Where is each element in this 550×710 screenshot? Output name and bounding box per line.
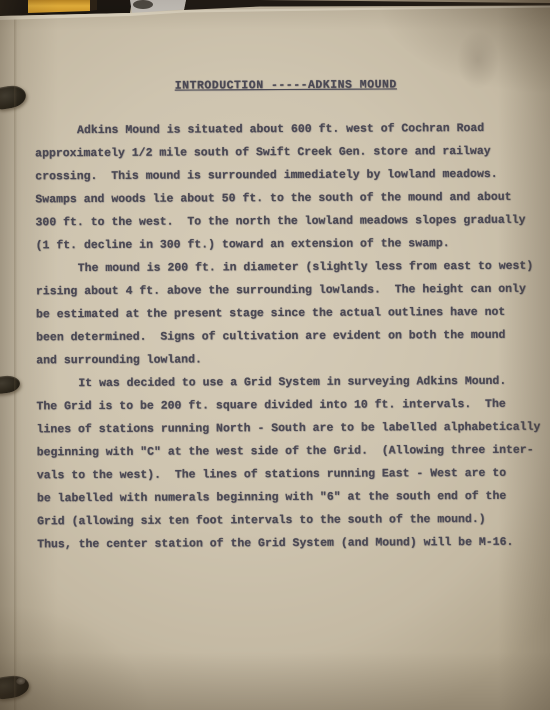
- document-page: INTRODUCTION -----ADKINS MOUND Adkins Mo…: [0, 0, 550, 710]
- typed-text-block: INTRODUCTION -----ADKINS MOUND Adkins Mo…: [35, 73, 540, 557]
- typed-line: be estimated at the present stage since …: [36, 301, 538, 327]
- typed-line: been determined. Signs of cultivation ar…: [36, 324, 538, 350]
- typed-line: The Grid is to be 200 ft. square divided…: [36, 393, 538, 419]
- page-title: INTRODUCTION -----ADKINS MOUND: [35, 73, 537, 99]
- binder-fastener-bottom: [0, 674, 30, 701]
- typed-line: lines of stations running North - South …: [37, 416, 539, 442]
- typed-line: Thus, the center station of the Grid Sys…: [37, 531, 539, 557]
- typed-line: approximately 1/2 mile south of Swift Cr…: [35, 140, 537, 166]
- typed-line: 300 ft. to the west. To the north the lo…: [35, 209, 537, 235]
- typed-line: The mound is 200 ft. in diameter (slight…: [36, 255, 538, 281]
- binder-spine: [0, 0, 550, 24]
- page-crease: [14, 10, 17, 710]
- typed-line: vals to the west). The lines of stations…: [37, 462, 539, 488]
- typed-line: Swamps and woods lie about 50 ft. to the…: [35, 186, 537, 212]
- typed-line: Adkins Mound is situated about 600 ft. w…: [35, 117, 537, 143]
- typed-line: be labelled with numerals beginning with…: [37, 485, 539, 511]
- photo-top-edge: [0, 0, 550, 24]
- typed-line: rising about 4 ft. above the surrounding…: [36, 278, 538, 304]
- binder-fastener-top: [0, 83, 28, 110]
- typed-line: It was decided to use a Grid System in s…: [36, 370, 538, 396]
- typed-line: (1 ft. decline in 300 ft.) toward an ext…: [36, 232, 538, 258]
- typed-line: Grid (allowing six ten foot intervals to…: [37, 508, 539, 534]
- typed-line: crossing. This mound is surrounded immed…: [35, 163, 537, 189]
- typed-line: beginning with "C" at the west side of t…: [37, 439, 539, 465]
- typed-line: and surrounding lowland.: [36, 347, 538, 373]
- binder-fastener-middle: [0, 375, 21, 395]
